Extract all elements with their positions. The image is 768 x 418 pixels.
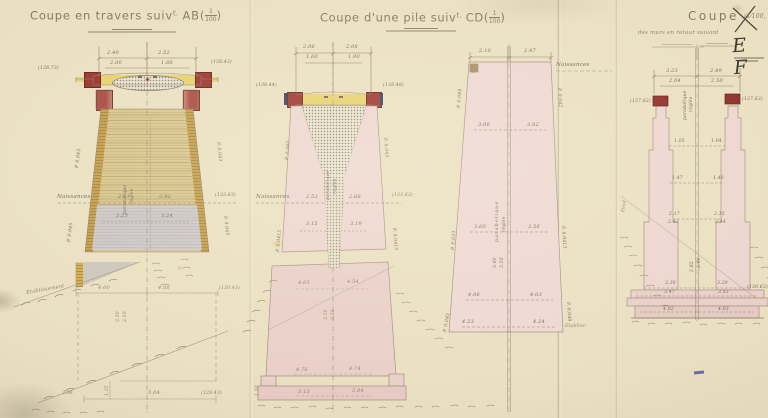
dim-label: 4.02 xyxy=(663,308,674,313)
scanned-plan-sheet: Coupe en travers suivt. AB(1100) Coupe d… xyxy=(0,0,768,418)
dim-label: 4.76 xyxy=(296,368,308,373)
dim-label: 2.44 xyxy=(715,221,726,226)
axis-label: parabolique xyxy=(495,201,500,242)
dim-label: 1.48 xyxy=(713,177,724,182)
dim-label: 2.68 xyxy=(349,195,361,200)
dim-label: 2.52 xyxy=(158,51,170,56)
dim-label: 2.17 xyxy=(669,213,680,218)
title-sup: t. xyxy=(173,10,178,18)
naissances-label: Naissances xyxy=(57,195,90,201)
axis-label: réglée xyxy=(690,96,695,112)
dim-label: 3.60 xyxy=(474,225,486,230)
dim-label: 3.23 xyxy=(116,214,128,219)
dim-label: 2.04 xyxy=(669,79,681,84)
dim-label: 1.47 xyxy=(672,177,683,182)
dim-label: 3.50 xyxy=(117,311,122,322)
dim-label: 4.03 xyxy=(718,308,729,313)
elevation-label: (138.43) xyxy=(211,61,232,66)
title-section-letters: AB xyxy=(182,9,199,23)
slope-label: P. 0.043 xyxy=(382,138,388,158)
slope-label: P. 0.0415 xyxy=(277,230,283,253)
handwritten-section-letters: E F xyxy=(732,33,768,79)
paren: ) xyxy=(500,11,505,25)
slope-label: P. 0.0413 xyxy=(560,226,566,249)
dim-label: 1.25 xyxy=(106,385,111,396)
dim-label: 3.19 xyxy=(350,222,362,227)
slope-label: P. 0.043 xyxy=(286,141,292,161)
etablissement-label: Etablissement xyxy=(26,284,65,296)
elevation-label: (130.43) xyxy=(219,287,240,292)
dim-label: 2.62 xyxy=(691,261,696,272)
dim-label: 2.60 xyxy=(698,257,703,268)
axis-label: parabolique xyxy=(684,90,689,120)
axis-label: parabolique xyxy=(124,184,129,214)
title-murs-subline: des murs en retour suivant xyxy=(638,31,719,37)
elevation-label: (137.63) xyxy=(742,98,763,103)
slope-label: P. 0.042 xyxy=(556,88,562,108)
elevation-label: (133.63) xyxy=(215,194,236,199)
dim-label: 2.40 xyxy=(107,51,119,56)
title-text: Coupe d'une pile suiv xyxy=(320,11,456,25)
title-coupe-murs: Coupe xyxy=(688,10,739,23)
dim-label: 2.43 xyxy=(668,221,679,226)
dim-label: 4.06 xyxy=(468,293,480,298)
scale-fraction: 1100 xyxy=(205,9,216,23)
dim-label: 3.30 xyxy=(665,282,676,287)
dim-label: 2.50 xyxy=(711,79,723,84)
dim-label: 3.52 xyxy=(332,309,337,320)
dim-label: 4.54 xyxy=(347,280,359,285)
dim-label: 2.08 xyxy=(346,45,358,50)
elevation-label: (137.62) xyxy=(630,100,651,105)
fond-label: Fond xyxy=(622,200,629,213)
dim-label: 5.04 xyxy=(352,389,364,394)
dim-label: 2.00 xyxy=(110,61,122,66)
naissances-label: Naissances xyxy=(556,63,589,69)
title-sup: t. xyxy=(456,12,461,20)
elevation-label: (133.63) xyxy=(392,194,413,199)
dim-label: 1.05 xyxy=(674,140,685,145)
elevation-label: (138.48) xyxy=(383,84,404,89)
dim-label: 3.60 xyxy=(494,257,499,268)
etablissement-label: Etablissᵗ xyxy=(565,325,586,330)
paren: ) xyxy=(217,9,222,23)
dim-label: 3.53 xyxy=(718,291,729,296)
dim-label: 2.92 xyxy=(159,195,171,200)
slope-label: P. 0.045 xyxy=(222,216,229,236)
dim-label: 3.29 xyxy=(717,282,728,287)
axis-label: réglée xyxy=(334,178,339,194)
labels-layer: Coupe en travers suivt. AB(1100) Coupe d… xyxy=(0,0,768,418)
dim-label: 5.15 xyxy=(298,390,310,395)
dim-label: 2.53 xyxy=(306,195,318,200)
dim-label: 3.06 xyxy=(62,392,73,397)
naissances-label: Naissances xyxy=(256,195,289,201)
axis-label: réglée xyxy=(131,188,136,204)
dim-label: 2.06 xyxy=(303,45,315,50)
dim-label: 4.23 xyxy=(462,320,474,325)
title-coupe-en-travers: Coupe en travers suivt. AB(1100) xyxy=(30,9,222,23)
dim-label: 3.02 xyxy=(527,123,539,128)
dim-label: 5.04 xyxy=(148,391,160,396)
crossed-scale-label: (1⁄100, xyxy=(744,14,766,20)
slope-label: P. 0.040 xyxy=(565,302,571,322)
slope-label: P. 0.033 xyxy=(452,231,458,251)
title-text: Coupe en travers suiv xyxy=(30,9,173,23)
dim-label: 3.24 xyxy=(161,214,173,219)
dim-label: 2.50 xyxy=(124,311,129,322)
slope-label: P. 0.0415 xyxy=(391,228,397,251)
elevation-label: (138.44) xyxy=(256,84,277,89)
dim-label: 1.90 xyxy=(348,55,360,60)
slope-label: P. 0.043 xyxy=(76,149,83,169)
dim-label: 3.50 xyxy=(501,257,506,268)
elevation-label: (130.63) xyxy=(747,286,768,291)
dim-label: 3.50 xyxy=(325,309,330,320)
dim-label: 3.56 xyxy=(528,225,540,230)
dim-label: 1.60 xyxy=(306,55,318,60)
dim-label: 2.15 xyxy=(714,213,725,218)
dim-label: 3.23 xyxy=(666,69,678,74)
dim-label: 4.24 xyxy=(533,320,545,325)
axis-label: parabolique xyxy=(327,170,332,200)
dim-label: 4.00 xyxy=(98,286,110,291)
dim-label: 1.80 xyxy=(161,61,173,66)
dim-label: 4.03 xyxy=(530,293,542,298)
slope-label: P. 0.048 xyxy=(458,89,464,109)
dim-label: 4.08 xyxy=(158,286,170,291)
elevation-label: (128.43) xyxy=(201,392,222,397)
dim-label: 3.00 xyxy=(478,123,490,128)
dim-label: 3.15 xyxy=(306,222,318,227)
title-section-letters: CD xyxy=(466,11,484,25)
dim-label: 3.47 xyxy=(664,291,675,296)
dim-label: 4.65 xyxy=(298,281,310,286)
dim-label: 1.04 xyxy=(711,140,722,145)
elevation-label: (138.73) xyxy=(38,67,59,72)
slope-label: P. 0.045 xyxy=(68,223,75,243)
title-coupe-pile: Coupe d'une pile suivt. CD(1100) xyxy=(320,11,505,25)
slope-label: P. 0.043 xyxy=(215,142,222,162)
slope-label: P. 0.045 xyxy=(444,313,452,333)
axis-label: réglée xyxy=(503,216,508,232)
dim-label: 2.49 xyxy=(710,69,722,74)
dim-label: 2.47 xyxy=(524,49,536,54)
dim-label: 2.10 xyxy=(479,49,491,54)
dim-label: 4.74 xyxy=(349,367,361,372)
scale-fraction: 1100 xyxy=(489,11,500,25)
dim-label: 1.50 xyxy=(256,385,261,396)
